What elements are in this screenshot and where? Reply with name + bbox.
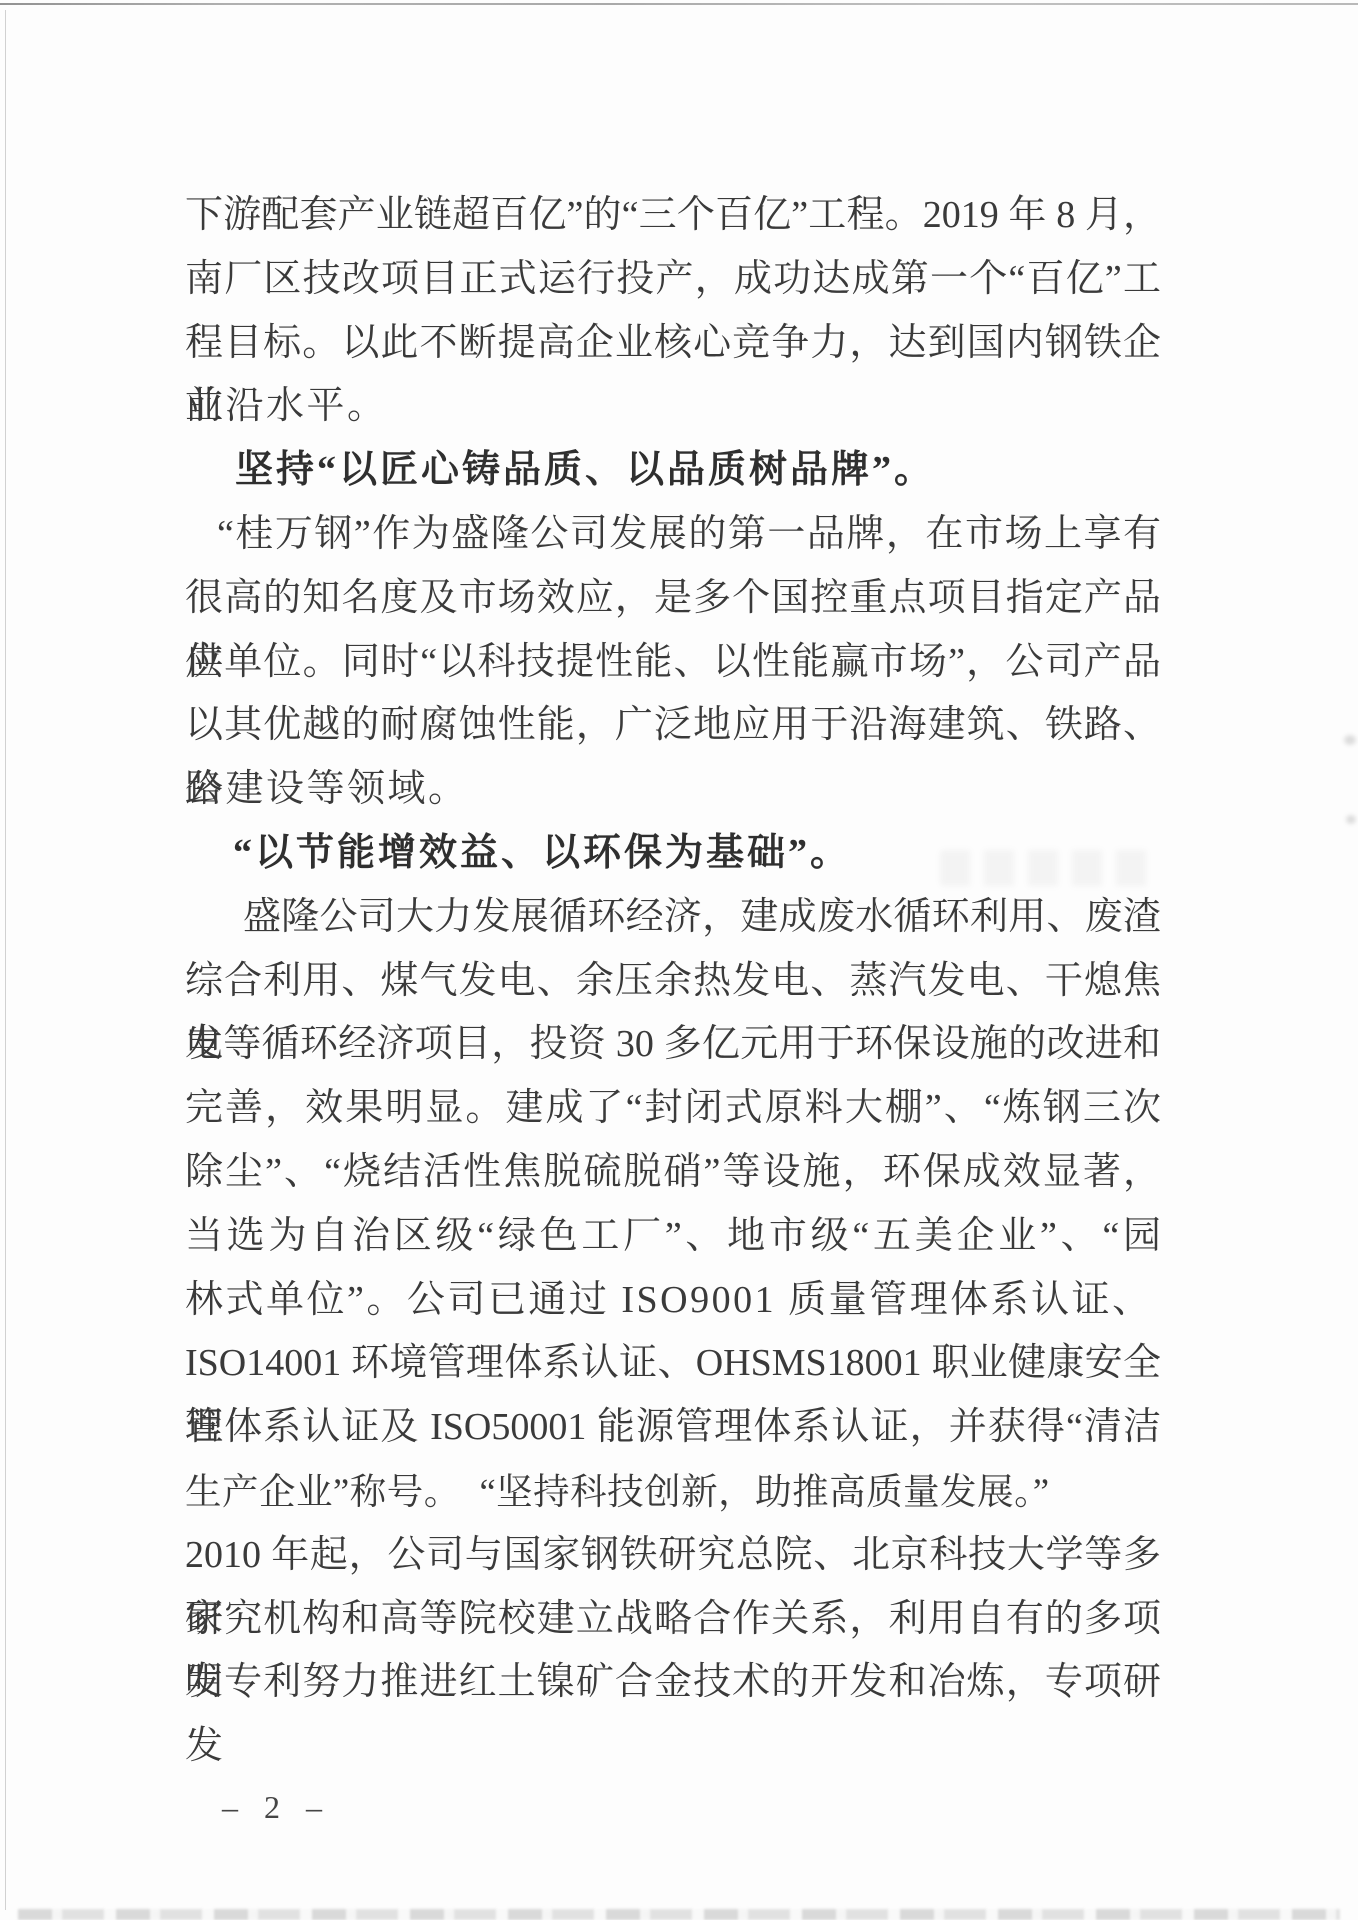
body-line: 路建设等领域。 xyxy=(185,758,1161,822)
body-line: 南厂区技改项目正式运行投产，成功达成第一个“百亿”工 xyxy=(185,248,1161,312)
body-line: 完善，效果明显。建成了“封闭式原料大棚”、“炼钢三次 xyxy=(185,1077,1161,1141)
body-line: 电等循环经济项目，投资 30 多亿元用于环保设施的改进和 xyxy=(185,1013,1161,1077)
body-line: 前沿水平。 xyxy=(185,375,1161,439)
body-line: 程目标。以此不断提高企业核心竞争力，达到国内钢铁企业 xyxy=(185,312,1161,376)
page-number: – 2 – xyxy=(222,1789,331,1826)
ink-bleed-smudge xyxy=(940,850,1150,886)
body-line: 很高的知名度及市场效应，是多个国控重点项目指定产品供 xyxy=(185,567,1161,631)
scan-edge-top-line xyxy=(0,3,1358,5)
scan-speck xyxy=(1344,735,1356,745)
body-line: ISO14001 环境管理体系认证、OHSMS18001 职业健康安全管 xyxy=(185,1332,1161,1396)
document-body: 下游配套产业链超百亿”的“三个百亿”工程。2019 年 8 月， 南厂区技改项目… xyxy=(185,184,1161,1715)
body-line: “桂万钢”作为盛隆公司发展的第一品牌，在市场上享有 xyxy=(185,503,1161,567)
body-line: 理体系认证及 ISO50001 能源管理体系认证，并获得“清洁 xyxy=(185,1396,1161,1460)
body-line: 研究机构和高等院校建立战略合作关系，利用自有的多项发 xyxy=(185,1588,1161,1652)
section-heading-line: 坚持“以匠心铸品质、以品质树品牌”。 xyxy=(185,439,1161,503)
body-line: 明专利努力推进红土镍矿合金技术的开发和冶炼，专项研发 xyxy=(185,1651,1161,1715)
body-line: 以其优越的耐腐蚀性能，广泛地应用于沿海建筑、铁路、公 xyxy=(185,694,1161,758)
body-line: 应单位。同时“以科技提性能、以性能赢市场”，公司产品 xyxy=(185,631,1161,695)
body-line: 当选为自治区级“绿色工厂”、地市级“五美企业”、“园 xyxy=(185,1205,1161,1269)
body-line: 盛隆公司大力发展循环经济，建成废水循环利用、废渣 xyxy=(185,886,1161,950)
body-line: 2010 年起，公司与国家钢铁研究总院、北京科技大学等多家 xyxy=(185,1524,1161,1588)
scanned-document-page: 下游配套产业链超百亿”的“三个百亿”工程。2019 年 8 月， 南厂区技改项目… xyxy=(0,0,1358,1920)
scan-edge-left-line xyxy=(5,10,6,1910)
body-line: 生产企业”称号。 “坚持科技创新，助推高质量发展。” xyxy=(185,1460,1161,1524)
body-line: 林式单位”。公司已通过 ISO9001 质量管理体系认证、 xyxy=(185,1269,1161,1333)
body-line: 下游配套产业链超百亿”的“三个百亿”工程。2019 年 8 月， xyxy=(185,184,1161,248)
scan-speck xyxy=(1346,815,1356,824)
body-line: 综合利用、煤气发电、余压余热发电、蒸汽发电、干熄焦发 xyxy=(185,950,1161,1014)
body-line: 除尘”、“烧结活性焦脱硫脱硝”等设施，环保成效显著， xyxy=(185,1141,1161,1205)
bleed-through-bottom-edge xyxy=(18,1909,1340,1920)
